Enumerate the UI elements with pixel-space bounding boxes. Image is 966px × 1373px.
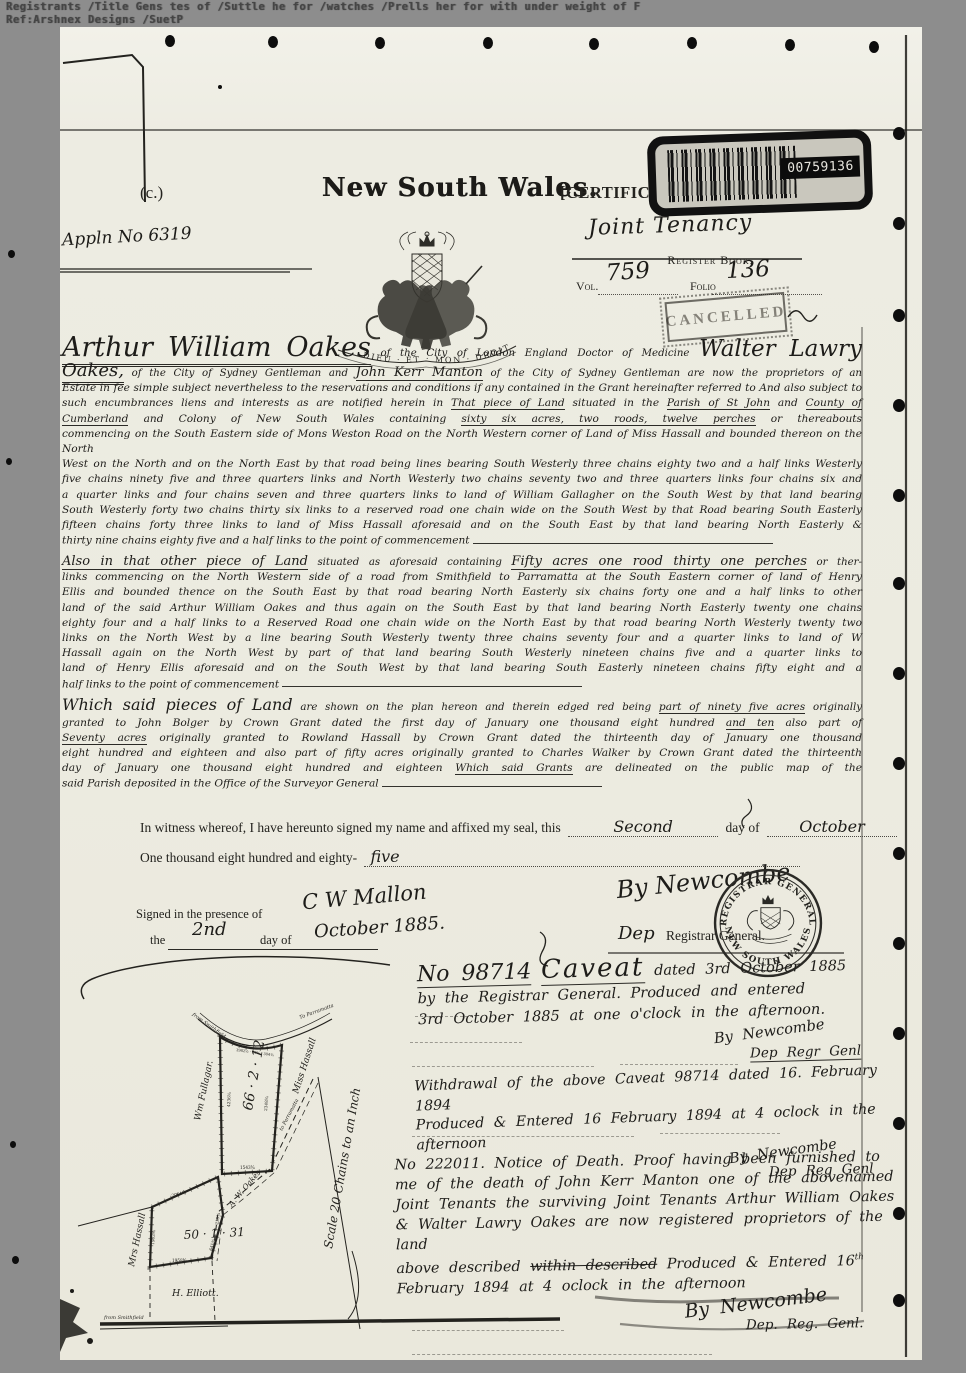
survey-plan: 66 · 2 · 12 50 · 1 · 31 Wm Fullagar. Mis… [60, 999, 580, 1359]
year-value: five [370, 847, 399, 866]
from-smithfield-bottom: from Smithfield [103, 1315, 144, 1321]
punch-dot [589, 38, 599, 50]
certificate-paper: (c.) New South Wales. [CERTIFICATE OF TI… [60, 27, 922, 1360]
punch-dot [483, 37, 493, 49]
punch-dot [893, 847, 905, 860]
punch-dot [893, 1027, 905, 1040]
scan-header-line1: Registrants /Title Gens tes of /Suttle h… [6, 1, 640, 13]
measure-bottom2: 1958¾ [172, 1258, 187, 1263]
mrs-hassall-label: Mrs Hassall [127, 1212, 148, 1269]
punch-dot [893, 1117, 905, 1130]
margin-dot [10, 1141, 16, 1148]
punch-dot [893, 937, 905, 950]
day-value: Second [613, 817, 673, 836]
barcode-bars [667, 146, 797, 202]
miss-hassall-label: Miss Hassall [291, 1037, 319, 1096]
fullagar-label: Wm Fullagar. [193, 1060, 216, 1122]
witness-text: In witness whereof, I have hereunto sign… [140, 820, 561, 835]
measure-left2: 1903¾ [150, 1230, 156, 1245]
punch-dot [893, 577, 905, 590]
punch-dot [687, 37, 697, 49]
signing-day-of: day of [260, 933, 292, 948]
punch-dot [893, 489, 905, 502]
barcode-number: 00759136 [781, 156, 860, 180]
measure-left1: 4236¾ [226, 1092, 232, 1107]
ledger-rule [620, 1063, 738, 1065]
punch-dot [893, 667, 905, 680]
punch-dot [165, 35, 175, 47]
scanned-certificate-page: Registrants /Title Gens tes of /Suttle h… [0, 0, 966, 1373]
folio-label: Folio [690, 279, 716, 294]
to-parramatta-top: To Parramatta [299, 1003, 335, 1021]
dep-handwritten: Dep [618, 923, 655, 944]
punch-dot [893, 127, 905, 140]
the-label: the [150, 933, 165, 948]
from-smithfield-top: from Smithfield [190, 1011, 226, 1040]
punch-dot [893, 217, 905, 230]
vol-value: 759 [605, 258, 651, 287]
elliott-label: H. Elliott. [171, 1288, 219, 1299]
punch-dot [869, 41, 879, 53]
vol-underline [598, 293, 678, 295]
signing-day: 2nd [192, 919, 227, 940]
barcode-sticker: 00759136 [647, 129, 874, 217]
year-prefix: One thousand eight hundred and eighty- [140, 850, 357, 865]
paragraph-first-parcel: Arthur William Oakes of the City of Lond… [62, 333, 862, 549]
paragraph-second-parcel: Also in that other piece of Land situate… [62, 554, 862, 692]
vol-label: Vol. [576, 279, 598, 294]
ink-speck [218, 85, 222, 89]
day-slot: Second [568, 817, 718, 837]
punch-dot [375, 37, 385, 49]
margin-dot [12, 1256, 19, 1264]
punch-dot [893, 309, 905, 322]
deed-body-text: Arthur William Oakes of the City of Lond… [62, 333, 862, 797]
to-parramatta-road: to Parramatta [278, 1098, 300, 1132]
punch-dot [268, 36, 278, 48]
ledger-rule [660, 1132, 780, 1134]
punch-dot [893, 1207, 905, 1220]
measure-bottom1: 1543¾ [240, 1165, 255, 1170]
margin-dot [6, 458, 12, 465]
day-of-label: day of [726, 820, 760, 835]
punch-dot [893, 757, 905, 770]
date-underline [168, 949, 378, 950]
month-slot: October [767, 817, 897, 837]
paragraph-grants: Which said pieces of Land are shown on t… [62, 697, 862, 792]
folio-value: 136 [725, 256, 770, 284]
punch-dot [893, 1294, 905, 1307]
punch-dot [785, 39, 795, 51]
measure-right1: 2348¾ [263, 1096, 269, 1111]
month-value: October [799, 817, 865, 836]
margin-dot [8, 250, 15, 258]
barcode-panel: 00759136 [655, 137, 865, 208]
punch-dot [893, 399, 905, 412]
scan-header-line2: Ref:Arshnex Designs /SuetP [6, 14, 183, 26]
corner-mark: (c.) [140, 183, 163, 203]
